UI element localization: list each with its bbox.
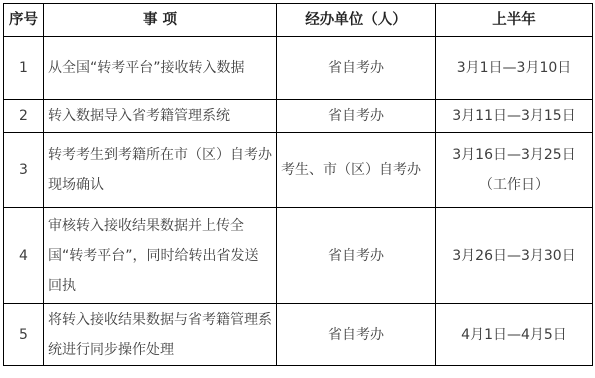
row-item: 转考考生到考籍所在市（区）自考办现场确认 bbox=[44, 133, 277, 208]
row-item: 转入数据导入省考籍管理系统 bbox=[44, 100, 277, 133]
row-period: 3月1日—3月10日 bbox=[436, 37, 593, 100]
row-period: 3月26日—3月30日 bbox=[436, 208, 593, 304]
row-period: 4月1日—4月5日 bbox=[436, 304, 593, 366]
table-row: 5 将转入接收结果数据与省考籍管理系统进行同步操作处理 省自考办 4月1日—4月… bbox=[4, 304, 593, 366]
table-row: 1 从全国“转考平台”接收转入数据 省自考办 3月1日—3月10日 bbox=[4, 37, 593, 100]
row-period: 3月16日—3月25日（工作日） bbox=[436, 133, 593, 208]
row-no: 2 bbox=[4, 100, 44, 133]
row-unit: 考生、市（区）自考办 bbox=[277, 133, 436, 208]
row-unit: 省自考办 bbox=[277, 304, 436, 366]
row-unit: 省自考办 bbox=[277, 37, 436, 100]
header-no: 序号 bbox=[4, 4, 44, 37]
row-item: 将转入接收结果数据与省考籍管理系统进行同步操作处理 bbox=[44, 304, 277, 366]
row-unit: 省自考办 bbox=[277, 208, 436, 304]
table-row: 4 审核转入接收结果数据并上传全国“转考平台”，同时给转出省发送回执 省自考办 … bbox=[4, 208, 593, 304]
row-no: 4 bbox=[4, 208, 44, 304]
row-unit: 省自考办 bbox=[277, 100, 436, 133]
row-item: 审核转入接收结果数据并上传全国“转考平台”，同时给转出省发送回执 bbox=[44, 208, 277, 304]
row-period: 3月11日—3月15日 bbox=[436, 100, 593, 133]
header-unit: 经办单位（人） bbox=[277, 4, 436, 37]
row-item: 从全国“转考平台”接收转入数据 bbox=[44, 37, 277, 100]
row-no: 5 bbox=[4, 304, 44, 366]
table-row: 3 转考考生到考籍所在市（区）自考办现场确认 考生、市（区）自考办 3月16日—… bbox=[4, 133, 593, 208]
schedule-table: 序号 事 项 经办单位（人） 上半年 1 从全国“转考平台”接收转入数据 省自考… bbox=[3, 3, 593, 366]
header-row: 序号 事 项 经办单位（人） 上半年 bbox=[4, 4, 593, 37]
row-no: 1 bbox=[4, 37, 44, 100]
row-no: 3 bbox=[4, 133, 44, 208]
table-row: 2 转入数据导入省考籍管理系统 省自考办 3月11日—3月15日 bbox=[4, 100, 593, 133]
header-item: 事 项 bbox=[44, 4, 277, 37]
header-period: 上半年 bbox=[436, 4, 593, 37]
